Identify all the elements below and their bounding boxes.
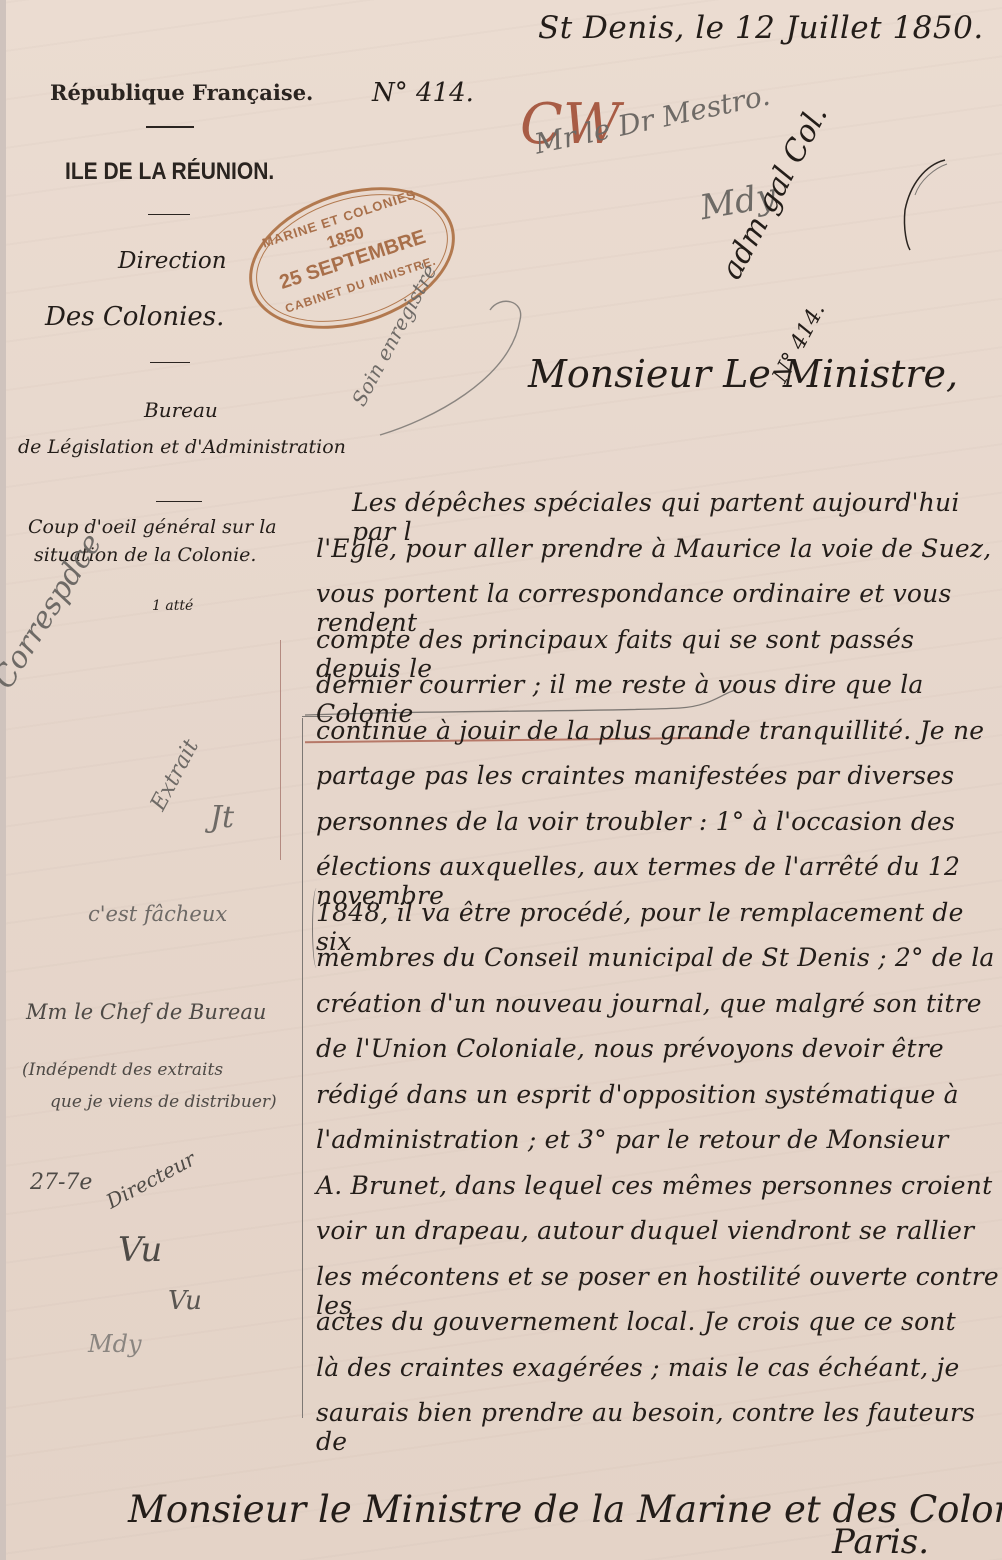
pencil-loop [370, 300, 530, 440]
ink-flourish [895, 150, 955, 260]
body-line: personnes de la voir troubler : 1° à l'o… [316, 807, 955, 836]
body-line: voir un drapeau, autour duquel viendront… [316, 1216, 974, 1245]
divider [150, 362, 190, 363]
body-line: continue à jouir de la plus grande tranq… [316, 716, 984, 745]
letterhead-republic: République Française. [50, 80, 313, 105]
pencil-bracket-long [302, 718, 303, 1418]
body-line: rédigé dans un esprit d'opposition systé… [316, 1080, 959, 1109]
margin-signature-2: Vu [118, 1230, 162, 1270]
body-line: membres du Conseil municipal de St Denis… [316, 943, 995, 972]
divider [156, 501, 202, 502]
letterhead-bureau: Bureau [144, 398, 218, 422]
margin-note-atte: 1 atté [152, 598, 193, 614]
margin-signature-3: Vu [168, 1286, 202, 1316]
divider [148, 214, 190, 215]
body-line: actes du gouvernement local. Je crois qu… [316, 1307, 956, 1336]
body-line: saurais bien prendre au besoin, contre l… [316, 1398, 1002, 1456]
margin-signature-4: Mdy [88, 1330, 142, 1358]
letterhead-direction: Direction [118, 248, 227, 274]
date-line: St Denis, le 12 Juillet 1850. [538, 10, 984, 46]
letterhead-colonies: Des Colonies. [45, 302, 224, 332]
body-line: partage pas les craintes manifestées par… [316, 761, 954, 790]
margin-note-independant: (Indépendt des extraits [22, 1060, 223, 1080]
salutation: Monsieur Le Ministre, [528, 352, 958, 396]
subject-line-1: Coup d'oeil général sur la [28, 516, 277, 538]
red-crayon-margin-line [280, 640, 281, 860]
margin-note-facheux: c'est fâcheux [88, 902, 227, 926]
addressee-city: Paris. [832, 1522, 929, 1560]
body-line: l'administration ; et 3° par le retour d… [316, 1125, 949, 1154]
page-edge [0, 0, 6, 1560]
reference-number: N° 414. [372, 78, 474, 108]
body-line: création d'un nouveau journal, que malgr… [316, 989, 982, 1018]
body-line: A. Brunet, dans lequel ces mêmes personn… [316, 1171, 992, 1200]
divider [146, 126, 194, 128]
margin-note-chef: Mm le Chef de Bureau [26, 1000, 266, 1024]
letterhead-bureau-name: de Législation et d'Administration [18, 436, 346, 458]
margin-note-initial: Jt [210, 800, 234, 835]
body-line: de l'Union Coloniale, nous prévoyons dev… [316, 1034, 944, 1063]
letterhead-territory: ILE DE LA RÉUNION. [65, 158, 274, 186]
body-line: là des craintes exagérées ; mais le cas … [316, 1353, 959, 1382]
margin-note-date: 27-7e [30, 1170, 92, 1195]
body-line: l'Eglé, pour aller prendre à Maurice la … [316, 534, 991, 563]
margin-note-distribuer: que je viens de distribuer) [50, 1092, 277, 1112]
